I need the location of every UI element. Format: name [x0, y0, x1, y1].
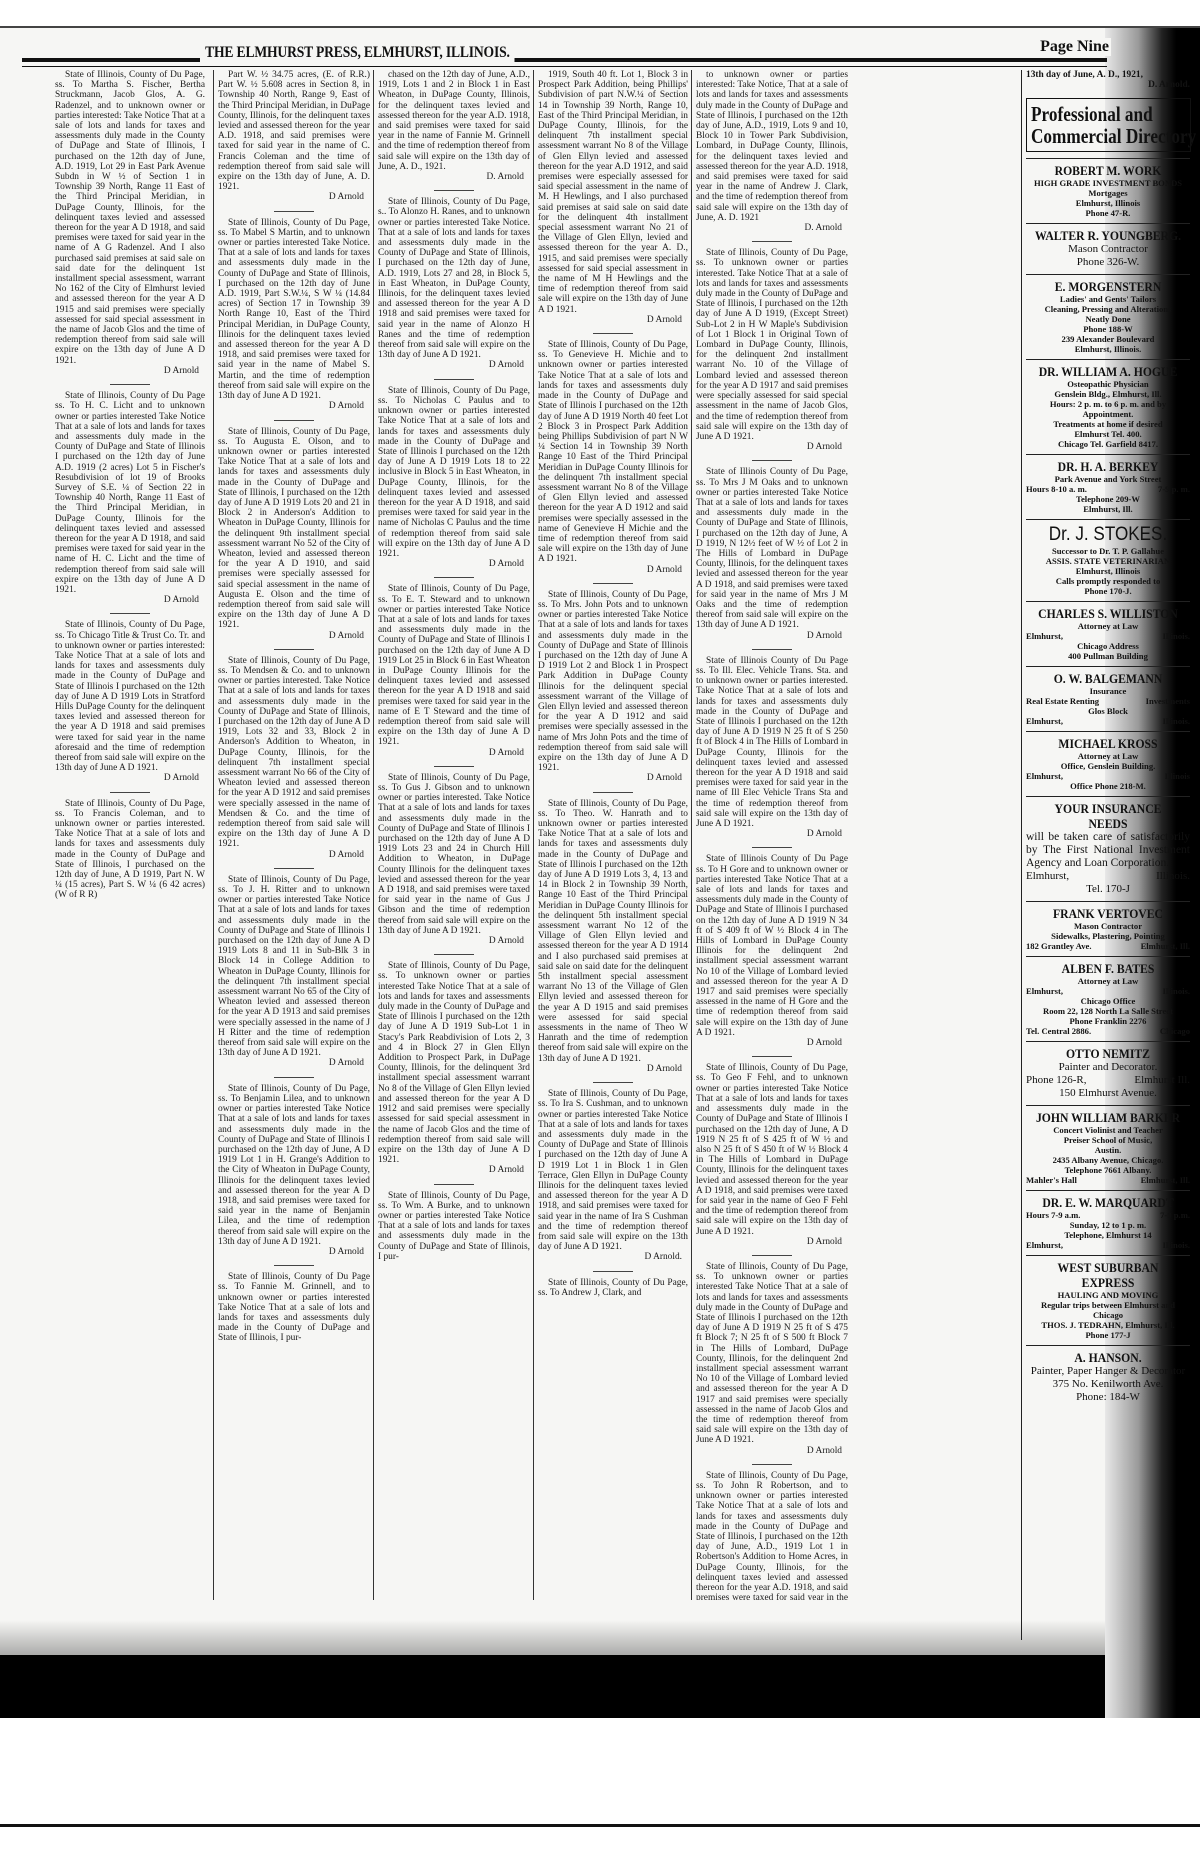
- card-line: Attorney at Law: [1026, 621, 1190, 631]
- card-row: Phone 126-R,Elmhurst Ill.: [1026, 1074, 1190, 1087]
- notice-divider: [110, 792, 150, 793]
- card-line: Calls promptly responded to: [1026, 576, 1190, 586]
- card-row-cell: Chicago: [1160, 1026, 1190, 1036]
- notice-divider: [434, 1184, 474, 1185]
- notice-column-3: chased on the 12th day of June, A.D., 19…: [373, 70, 530, 1600]
- notice-text: State of Illinois, County of Du Page, ss…: [696, 1063, 848, 1236]
- card-line: Insurance: [1026, 686, 1190, 696]
- business-name: DR. E. W. MARQUARDT: [1034, 1195, 1182, 1210]
- professional-directory: 13th day of June, A. D., 1921, D. Arnold…: [1021, 70, 1194, 1640]
- card-row: Tel. Central 2886.Chicago: [1026, 1026, 1190, 1036]
- card-line: Park Avenue and York Street: [1026, 474, 1190, 484]
- card-row-cell: Elmhurst, Ill.: [1141, 941, 1190, 951]
- notice-signature: D Arnold: [378, 936, 524, 946]
- notice-divider: [752, 460, 792, 461]
- card-row-cell: 182 Grantley Ave.: [1026, 941, 1091, 951]
- notice-divider: [593, 333, 633, 334]
- card-row-cell: Illinois.: [1156, 870, 1190, 883]
- business-name: WALTER R. YOUNGBERG.: [1034, 228, 1182, 243]
- notice-text: State of Illinois, County of Du Page, ss…: [538, 590, 688, 774]
- directory-card: FRANK VERTOVECMason ContractorSidewalks,…: [1026, 901, 1190, 956]
- card-row-cell: Real Estate Renting: [1026, 696, 1099, 706]
- card-line: ASSIS. STATE VETERINARIAN: [1026, 556, 1190, 566]
- card-line: Elmhurst, Illinois.: [1026, 344, 1190, 354]
- notice-signature: D Arnold: [218, 631, 364, 641]
- notice-signature: D Arnold: [218, 192, 364, 202]
- notice-divider: [434, 954, 474, 955]
- directory-card: DR. H. A. BERKEYPark Avenue and York Str…: [1026, 454, 1190, 519]
- notice-divider: [274, 649, 314, 650]
- directory-title-line2: Commercial Directory: [1031, 125, 1158, 147]
- directory-card: Dr. J. STOKES.Successor to Dr. T. P. Gal…: [1026, 519, 1190, 601]
- notice-text: State of Illinois, County of Du Page, ss…: [696, 1262, 848, 1446]
- notice-signature: D Arnold: [378, 360, 524, 370]
- business-name: DR. H. A. BERKEY: [1034, 459, 1182, 474]
- card-row-cell: Elmhurst,: [1026, 986, 1063, 996]
- notice-divider: [593, 1082, 633, 1083]
- scan-bottom-edge: [0, 1655, 1200, 1718]
- newspaper-title: THE ELMHURST PRESS, ELMHURST, ILLINOIS.: [200, 44, 515, 62]
- card-row: 182 Grantley Ave.Elmhurst, Ill.: [1026, 941, 1190, 951]
- card-line: Austin.: [1026, 1145, 1190, 1155]
- directory-card: YOUR INSURANCE NEEDSwill be taken care o…: [1026, 796, 1190, 901]
- notice-text: State of Illinois, County of Du Page, s.…: [378, 197, 530, 360]
- notice-text: Part W. ½ 34.75 acres, (E. of R.R.) Part…: [218, 70, 370, 192]
- card-line: Mason Contractor: [1026, 243, 1190, 256]
- notice-divider: [274, 868, 314, 869]
- card-line: 239 Alexander Boulevard: [1026, 334, 1190, 344]
- card-line: Ladies' and Gents' Tailors: [1026, 294, 1190, 304]
- notice-divider: [274, 211, 314, 212]
- business-name: ALBEN F. BATES: [1034, 961, 1182, 976]
- notice-divider: [593, 792, 633, 793]
- card-row-cell: Elmhurst,: [1026, 870, 1069, 883]
- directory-card: ROBERT M. WORKHIGH GRADE INVESTMENT BOND…: [1026, 158, 1190, 223]
- notice-divider: [752, 1056, 792, 1057]
- card-line: Mason Contractor: [1026, 921, 1190, 931]
- directory-card: ALBEN F. BATESAttorney at LawElmhurst,Il…: [1026, 956, 1190, 1041]
- carryover-signature: D. Arnold.: [1022, 80, 1194, 90]
- card-line: Office Phone 218-M.: [1026, 781, 1190, 791]
- notice-text: State of Illinois, County of Du Page, ss…: [218, 218, 370, 402]
- business-name: Dr. J. STOKES.: [1034, 524, 1182, 546]
- notice-text: State of Illinois, County of Du Page, ss…: [55, 799, 205, 901]
- card-line: Phone 188-W: [1026, 324, 1190, 334]
- card-line: Tel. 170-J: [1026, 883, 1190, 896]
- business-name: DR. WILLIAM A. HOGUE: [1034, 364, 1182, 379]
- business-name: YOUR INSURANCE NEEDS: [1034, 801, 1182, 831]
- masthead-rule-thin: [22, 66, 1107, 67]
- card-row-cell: Elmhurst,: [1026, 1240, 1063, 1250]
- notice-divider: [110, 613, 150, 614]
- notice-text: State of Illinois, County of Du Page, ss…: [696, 1471, 848, 1600]
- card-line: 375 No. Kenilworth Ave.: [1026, 1378, 1190, 1391]
- notice-text: State of Illinois, County of Du Page, ss…: [378, 1191, 530, 1262]
- notice-text: State of Illinois, County of Du Page, ss…: [538, 1278, 688, 1298]
- notice-signature: D Arnold: [378, 1165, 524, 1175]
- card-row: Real Estate RentingInvestments: [1026, 696, 1190, 706]
- notice-divider: [274, 1265, 314, 1266]
- notice-divider: [434, 577, 474, 578]
- notice-signature: D Arnold: [378, 559, 524, 569]
- card-row-cell: Illinois.: [1163, 631, 1190, 641]
- page-number: Page Nine: [1038, 38, 1111, 56]
- business-name: WEST SUBURBAN EXPRESS: [1034, 1260, 1182, 1290]
- notice-signature: D Arnold: [218, 850, 364, 860]
- carryover-text: 13th day of June, A. D., 1921,: [1022, 70, 1194, 80]
- notice-text: State of Illinois, County of Du Page, ss…: [378, 584, 530, 747]
- card-line: 400 Pullman Building: [1026, 651, 1190, 661]
- card-line: Glos Block: [1026, 706, 1190, 716]
- card-row-cell: Elmhurst,: [1026, 771, 1063, 781]
- card-row-cell: Illinois.: [1163, 986, 1190, 996]
- card-line: Osteopathic Physician: [1026, 379, 1190, 389]
- card-row-cell: Mahler's Hall: [1026, 1175, 1077, 1185]
- notice-signature: D Arnold: [55, 366, 199, 376]
- business-name: OTTO NEMITZ: [1034, 1046, 1182, 1061]
- notice-text: State of Illinois, County of Du Page, ss…: [538, 1089, 688, 1252]
- card-row-cell: Elmhurst,: [1026, 631, 1063, 641]
- card-line: Telephone 7661 Albany.: [1026, 1165, 1190, 1175]
- business-name: A. HANSON.: [1034, 1350, 1182, 1365]
- card-row-cell: Elmhurst,: [1026, 716, 1063, 726]
- card-line: Room 22, 128 North La Salle Street: [1026, 1006, 1190, 1016]
- notice-divider: [752, 1464, 792, 1465]
- notice-signature: D Arnold: [218, 1058, 364, 1068]
- card-line: Attorney at Law: [1026, 976, 1190, 986]
- directory-card: CHARLES S. WILLISTONAttorney at LawElmhu…: [1026, 601, 1190, 666]
- notice-text: State of Illinois, County of Du Page, ss…: [218, 875, 370, 1059]
- notice-text: State of Illinois, County of Du Page, ss…: [218, 1084, 370, 1247]
- card-line: Elmhurst, Illinois: [1026, 566, 1190, 576]
- notice-text: State of Illinois County of Du Page, ss.…: [696, 467, 848, 630]
- notice-text: State of Illinois, County of Du Page, ss…: [538, 799, 688, 1064]
- card-line: Concert Violinist and Teacher: [1026, 1125, 1190, 1135]
- notice-column-4: 1919, South 40 ft. Lot 1, Block 3 in Pro…: [533, 70, 688, 1600]
- card-row-cell: 7-9 p.m.: [1160, 1210, 1190, 1220]
- card-line: Appointment.: [1026, 409, 1190, 419]
- notice-signature: D. Arnold: [696, 223, 842, 233]
- notice-text: State of Illinois, County of Du Page, ss…: [378, 773, 530, 936]
- notice-signature: D Arnold: [55, 595, 199, 605]
- notice-text: State of Illinois, County of Du Page, ss…: [696, 248, 848, 442]
- notice-divider: [593, 583, 633, 584]
- card-line: Neatly Done: [1026, 314, 1190, 324]
- directory-card: WALTER R. YOUNGBERG.Mason ContractorPhon…: [1026, 223, 1190, 274]
- notice-text: State of Illinois, County of Du Page, ss…: [55, 620, 205, 773]
- notice-signature: D Arnold: [378, 748, 524, 758]
- masthead-rule: [22, 58, 1107, 62]
- card-row: Elmhurst,Illinois: [1026, 771, 1190, 781]
- directory-card: OTTO NEMITZPainter and Decorator.Phone 1…: [1026, 1041, 1190, 1105]
- notice-divider: [274, 1077, 314, 1078]
- card-line: Phone 170-J.: [1026, 586, 1190, 596]
- notice-text: State of Illinois, County of Du Page, ss…: [218, 427, 370, 631]
- business-name: MICHAEL KROSS: [1034, 736, 1182, 751]
- notice-divider: [752, 1255, 792, 1256]
- card-row: Elmhurst,Illinois.: [1026, 870, 1190, 883]
- notice-text: chased on the 12th day of June, A.D., 19…: [378, 70, 530, 172]
- card-line: Regular trips between Elmhurst and: [1026, 1300, 1190, 1310]
- notice-signature: D Arnold: [218, 1247, 364, 1257]
- notice-signature: D Arnold: [538, 315, 682, 325]
- notice-signature: D Arnold: [696, 829, 842, 839]
- card-line: Office, Genslein Building.: [1026, 761, 1190, 771]
- notice-signature: D. Arnold: [378, 172, 524, 182]
- notice-text: State of Illinois, County of Du Page ss.…: [218, 1272, 370, 1343]
- card-line: Elmhurst, Illinois: [1026, 198, 1190, 208]
- notice-signature: D Arnold: [696, 631, 842, 641]
- card-line: Phone: 184-W: [1026, 1391, 1190, 1404]
- card-row-cell: Illinois: [1165, 771, 1190, 781]
- card-line: 2435 Albany Avenue, Chicago.: [1026, 1155, 1190, 1165]
- notice-divider: [434, 379, 474, 380]
- notice-divider: [752, 649, 792, 650]
- card-row-cell: Tel. Central 2886.: [1026, 1026, 1091, 1036]
- card-line: Telephone 209-W: [1026, 494, 1190, 504]
- notice-signature: D Arnold: [538, 773, 682, 783]
- card-line: Chicago: [1026, 1310, 1190, 1320]
- business-name: E. MORGENSTERN: [1034, 279, 1182, 294]
- card-row-cell: Elmhurst Ill.: [1134, 1074, 1190, 1087]
- card-line: Painter and Decorator.: [1026, 1061, 1190, 1074]
- notice-text: State of Illinois, County of Du Page ss.…: [55, 391, 205, 595]
- directory-card: DR. E. W. MARQUARDTHours 7-9 a.m.7-9 p.m…: [1026, 1190, 1190, 1255]
- notice-text: to unknown owner or parties interested: …: [696, 70, 848, 223]
- card-body: will be taken care of satisfactorily by …: [1026, 831, 1190, 870]
- card-line: Attorney at Law: [1026, 751, 1190, 761]
- notice-divider: [110, 384, 150, 385]
- notice-text: State of Illinois County of Du Page ss. …: [696, 656, 848, 829]
- notice-text: 1919, South 40 ft. Lot 1, Block 3 in Pro…: [538, 70, 688, 315]
- business-name: O. W. BALGEMANN: [1034, 671, 1182, 686]
- card-line: Preiser School of Music,: [1026, 1135, 1190, 1145]
- card-row: Hours 7-9 a.m.7-9 p.m.: [1026, 1210, 1190, 1220]
- directory-card: A. HANSON.Painter, Paper Hanger & Decora…: [1026, 1345, 1190, 1409]
- card-row-cell: Illinois.: [1163, 1240, 1190, 1250]
- card-row: Elmhurst,Illinois.: [1026, 631, 1190, 641]
- notice-signature: D Arnold: [696, 1237, 842, 1247]
- card-row-cell: Elmhurst, Ill.: [1141, 1175, 1190, 1185]
- scan-shadow: [0, 1620, 1200, 1660]
- card-line: Phone Franklin 2276: [1026, 1016, 1190, 1026]
- directory-card: MICHAEL KROSSAttorney at LawOffice, Gens…: [1026, 731, 1190, 796]
- notice-divider: [434, 766, 474, 767]
- card-line: Mortgages: [1026, 188, 1190, 198]
- card-line: Chicago Address: [1026, 641, 1190, 651]
- scan-bottom-border: [0, 1824, 1200, 1827]
- notice-text: State of Illinois, County of Du Page, ss…: [538, 340, 688, 564]
- directory-card: O. W. BALGEMANNInsuranceReal Estate Rent…: [1026, 666, 1190, 731]
- card-line: Genslein Bldg., Elmhurst, Ill.: [1026, 389, 1190, 399]
- notice-column-1: State of Illinois, County of Du Page, ss…: [55, 70, 205, 1600]
- notice-signature: D Arnold: [538, 1064, 682, 1074]
- card-row-cell: Hours 8-10 a. m.: [1026, 484, 1087, 494]
- card-row: Hours 8-10 a. m.7-9 p. m.: [1026, 484, 1190, 494]
- card-line: Telephone, Elmhurst 14: [1026, 1230, 1190, 1240]
- business-name: ROBERT M. WORK: [1034, 163, 1182, 178]
- card-line: Hours: 2 p. m. to 6 p. m. and by: [1026, 399, 1190, 409]
- notice-column-5: to unknown owner or parties interested: …: [691, 70, 848, 1600]
- card-row-cell: Illinois.: [1163, 716, 1190, 726]
- card-line: HIGH GRADE INVESTMENT BONDS: [1026, 178, 1190, 188]
- notice-divider: [434, 190, 474, 191]
- card-line: Elmhurst Tel. 400.: [1026, 429, 1190, 439]
- directory-card: JOHN WILLIAM BARKERConcert Violinist and…: [1026, 1105, 1190, 1190]
- card-row-cell: Investments: [1146, 696, 1190, 706]
- directory-title-line1: Professional and: [1031, 103, 1158, 125]
- card-line: THOS. J. TEDRAHN, Elmhurst, Ill.: [1026, 1320, 1190, 1330]
- notice-divider: [274, 420, 314, 421]
- notice-text: State of Illinois, County of Du Page, ss…: [378, 386, 530, 559]
- masthead: THE ELMHURST PRESS, ELMHURST, ILLINOIS. …: [22, 44, 1107, 68]
- card-line: Sunday, 12 to 1 p. m.: [1026, 1220, 1190, 1230]
- card-line: Phone 177-J: [1026, 1330, 1190, 1340]
- card-line: Successor to Dr. T. P. Gallahue: [1026, 546, 1190, 556]
- card-line: Chicago Tel. Garfield 8417.: [1026, 439, 1190, 449]
- card-line: Sidewalks, Plastering, Pointing: [1026, 931, 1190, 941]
- notice-text: State of Illinois, County of Du Page, ss…: [55, 70, 205, 366]
- directory-card: WEST SUBURBAN EXPRESSHAULING AND MOVINGR…: [1026, 1255, 1190, 1345]
- card-line: Painter, Paper Hanger & Decorator: [1026, 1365, 1190, 1378]
- card-row: Elmhurst,Illinois.: [1026, 986, 1190, 996]
- card-row-cell: Phone 126-R,: [1026, 1074, 1087, 1087]
- notice-text: State of Illinois County of Du Page ss. …: [696, 854, 848, 1038]
- card-row-cell: Hours 7-9 a.m.: [1026, 1210, 1080, 1220]
- notice-signature: D Arnold: [696, 1446, 842, 1456]
- notice-signature: D Arnold: [696, 442, 842, 452]
- notice-signature: D Arnold: [218, 401, 364, 411]
- card-line: Cleaning, Pressing and Alterations: [1026, 304, 1190, 314]
- directory-header: Professional and Commercial Directory: [1026, 98, 1191, 152]
- notice-divider: [752, 847, 792, 848]
- directory-card: DR. WILLIAM A. HOGUEOsteopathic Physicia…: [1026, 359, 1190, 454]
- card-line: Elmhurst, Ill.: [1026, 504, 1190, 514]
- notice-text: State of Illinois, County of Du Page, ss…: [378, 961, 530, 1165]
- card-row: Elmhurst,Illinois.: [1026, 716, 1190, 726]
- card-line: Chicago Office: [1026, 996, 1190, 1006]
- card-line: Treatments at home if desired: [1026, 419, 1190, 429]
- directory-cards: ROBERT M. WORKHIGH GRADE INVESTMENT BOND…: [1022, 158, 1194, 1409]
- notice-text: State of Illinois, County of Du Page, ss…: [218, 656, 370, 850]
- directory-card: E. MORGENSTERNLadies' and Gents' Tailors…: [1026, 274, 1190, 359]
- card-line: 150 Elmhurst Avenue.: [1026, 1087, 1190, 1100]
- business-name: FRANK VERTOVEC: [1034, 906, 1182, 921]
- card-row-cell: 7-9 p. m.: [1158, 484, 1190, 494]
- business-name: CHARLES S. WILLISTON: [1034, 606, 1182, 621]
- notice-signature: D Arnold.: [538, 1252, 682, 1262]
- card-row: Mahler's HallElmhurst, Ill.: [1026, 1175, 1190, 1185]
- notice-divider: [593, 1271, 633, 1272]
- notice-divider: [752, 241, 792, 242]
- card-line: HAULING AND MOVING: [1026, 1290, 1190, 1300]
- notice-column-2: Part W. ½ 34.75 acres, (E. of R.R.) Part…: [213, 70, 370, 1600]
- notice-signature: D Arnold: [55, 773, 199, 783]
- card-row: Elmhurst,Illinois.: [1026, 1240, 1190, 1250]
- notice-signature: D Arnold: [696, 1038, 842, 1048]
- card-line: Phone 326-W.: [1026, 256, 1190, 269]
- card-line: Phone 47-R.: [1026, 208, 1190, 218]
- notice-signature: D Arnold: [538, 565, 682, 575]
- business-name: JOHN WILLIAM BARKER: [1034, 1110, 1182, 1125]
